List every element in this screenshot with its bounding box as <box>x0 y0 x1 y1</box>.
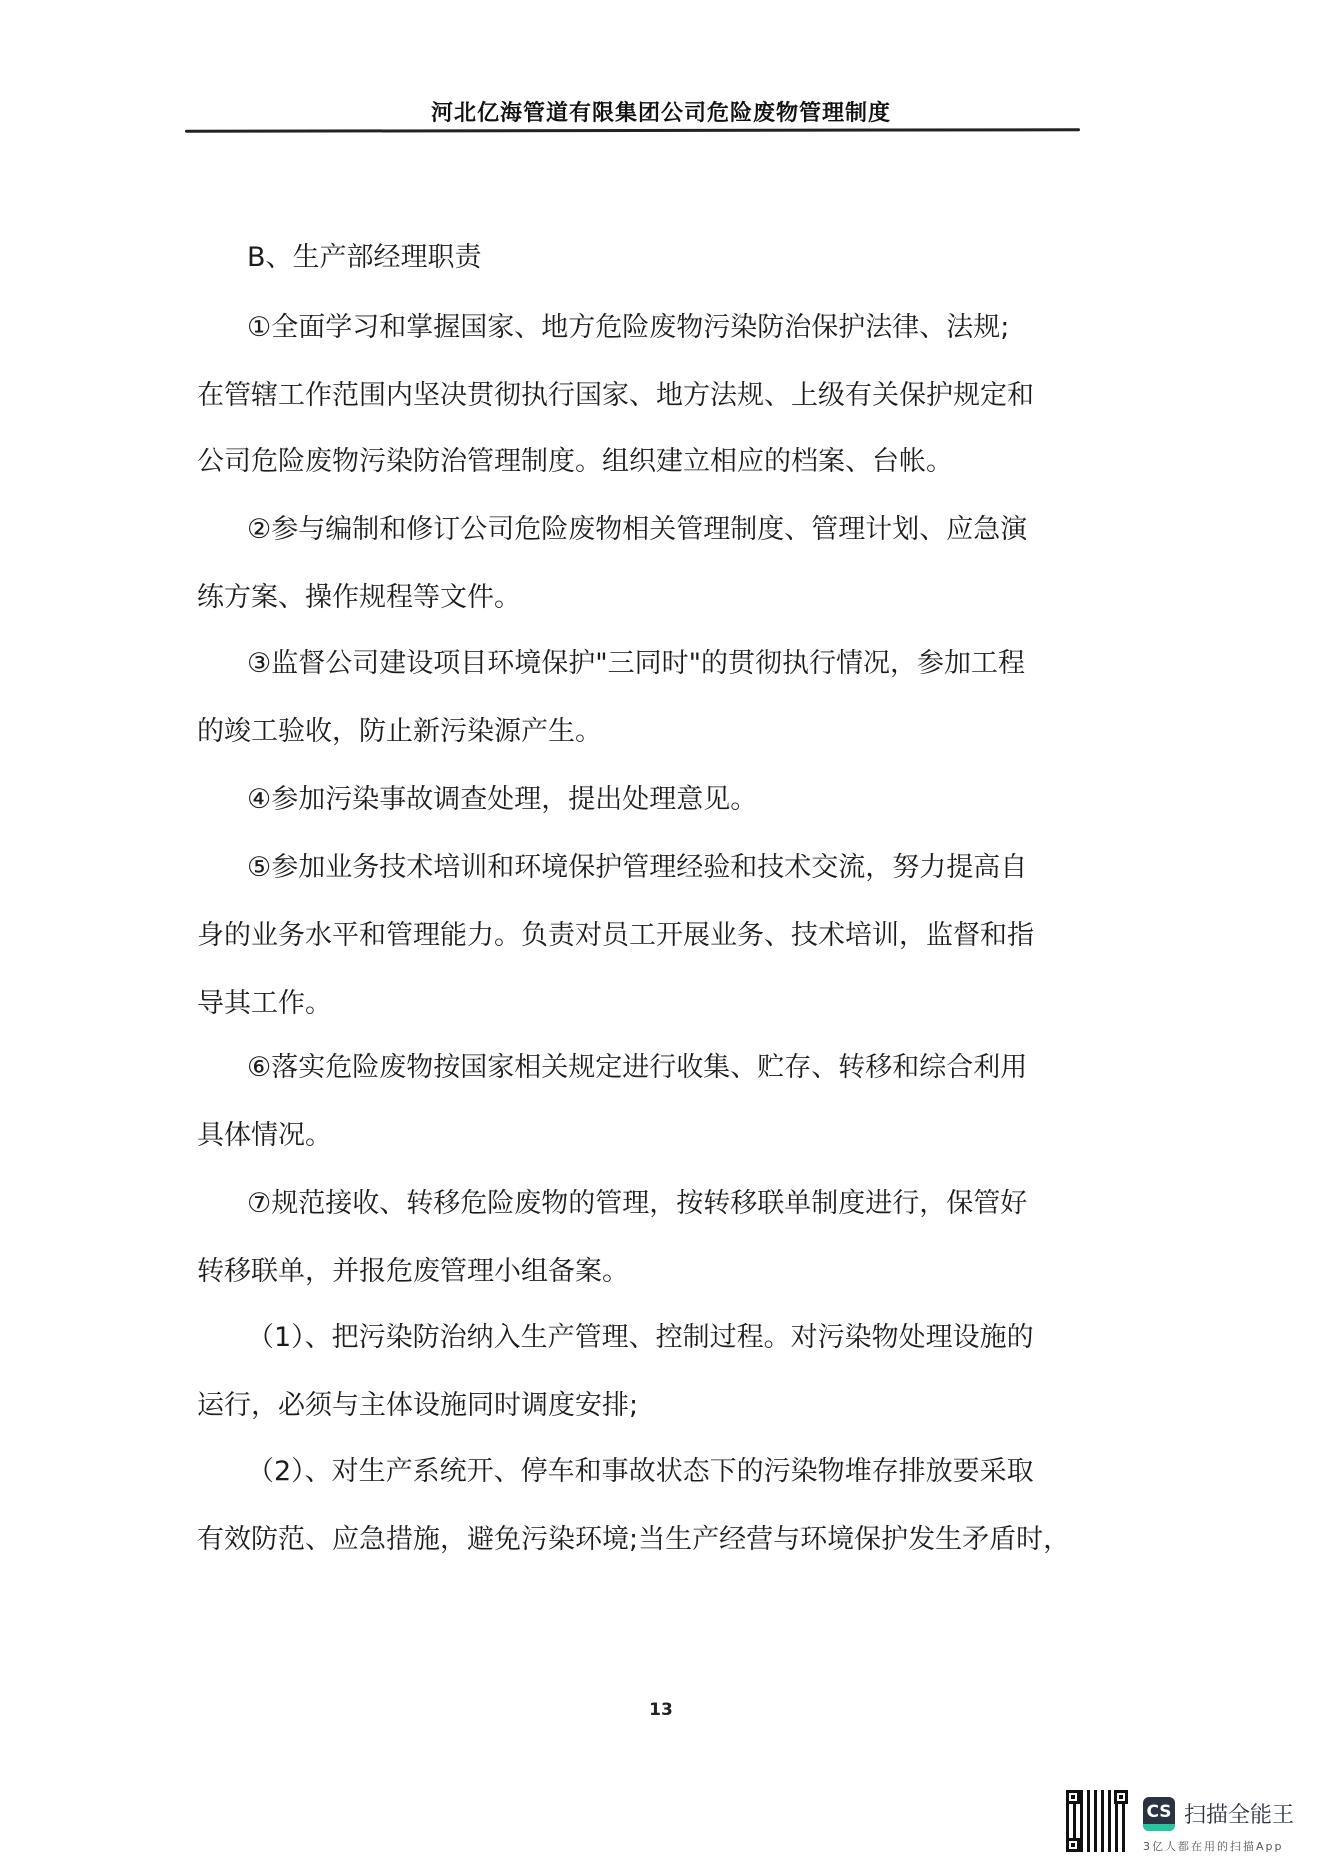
paragraph-line: ④参加污染事故调查处理，提出处理意见。 <box>247 783 757 817</box>
page-number: 13 <box>0 1700 1322 1720</box>
paragraph-line: （2）、对生产系统开、停车和事故状态下的污染物堆存排放要采取 <box>247 1455 1034 1489</box>
camscanner-logo-icon: CS <box>1143 1797 1175 1831</box>
section-heading: B、生产部经理职责 <box>247 241 482 275</box>
paragraph-line: 具体情况。 <box>197 1119 332 1153</box>
paragraph-line: 在管辖工作范围内坚决贯彻执行国家、地方法规、上级有关保护规定和 <box>197 379 1034 413</box>
paragraph-line: 转移联单，并报危废管理小组备案。 <box>197 1255 629 1289</box>
paragraph-line: 的竣工验收，防止新污染源产生。 <box>197 715 602 749</box>
paragraph-line: ③监督公司建设项目环境保护"三同时"的贯彻执行情况，参加工程 <box>247 647 1025 681</box>
paragraph-line: 运行，必须与主体设施同时调度安排; <box>197 1389 638 1423</box>
qr-code-icon <box>1066 1790 1128 1852</box>
camscanner-watermark: CS 扫描全能王 3亿人都在用的扫描App <box>1060 1790 1320 1860</box>
paragraph-line: ⑤参加业务技术培训和环境保护管理经验和技术交流，努力提高自 <box>247 851 1027 885</box>
paragraph-line: （1）、把污染防治纳入生产管理、控制过程。对污染物处理设施的 <box>247 1321 1034 1355</box>
paragraph-line: ⑦规范接收、转移危险废物的管理，按转移联单制度进行，保管好 <box>247 1187 1027 1221</box>
header-divider <box>185 128 1080 133</box>
app-tagline: 3亿人都在用的扫描App <box>1143 1838 1284 1854</box>
paragraph-line: 导其工作。 <box>197 987 332 1021</box>
paragraph-line: 公司危险废物污染防治管理制度。组织建立相应的档案、台帐。 <box>197 445 953 479</box>
paragraph-line: ①全面学习和掌握国家、地方危险废物污染防治保护法律、法规; <box>247 311 1009 345</box>
paragraph-line: 身的业务水平和管理能力。负责对员工开展业务、技术培训，监督和指 <box>197 919 1034 953</box>
paragraph-line: 练方案、操作规程等文件。 <box>197 581 521 615</box>
paragraph-line: 有效防范、应急措施，避免污染环境;当生产经营与环境保护发生矛盾时， <box>197 1523 1070 1557</box>
paragraph-line: ②参与编制和修订公司危险废物相关管理制度、管理计划、应急演 <box>247 513 1027 547</box>
document-header-title: 河北亿海管道有限集团公司危险废物管理制度 <box>0 96 1322 127</box>
paragraph-line: ⑥落实危险废物按国家相关规定进行收集、贮存、转移和综合利用 <box>247 1051 1027 1085</box>
app-name: 扫描全能王 <box>1184 1798 1294 1829</box>
